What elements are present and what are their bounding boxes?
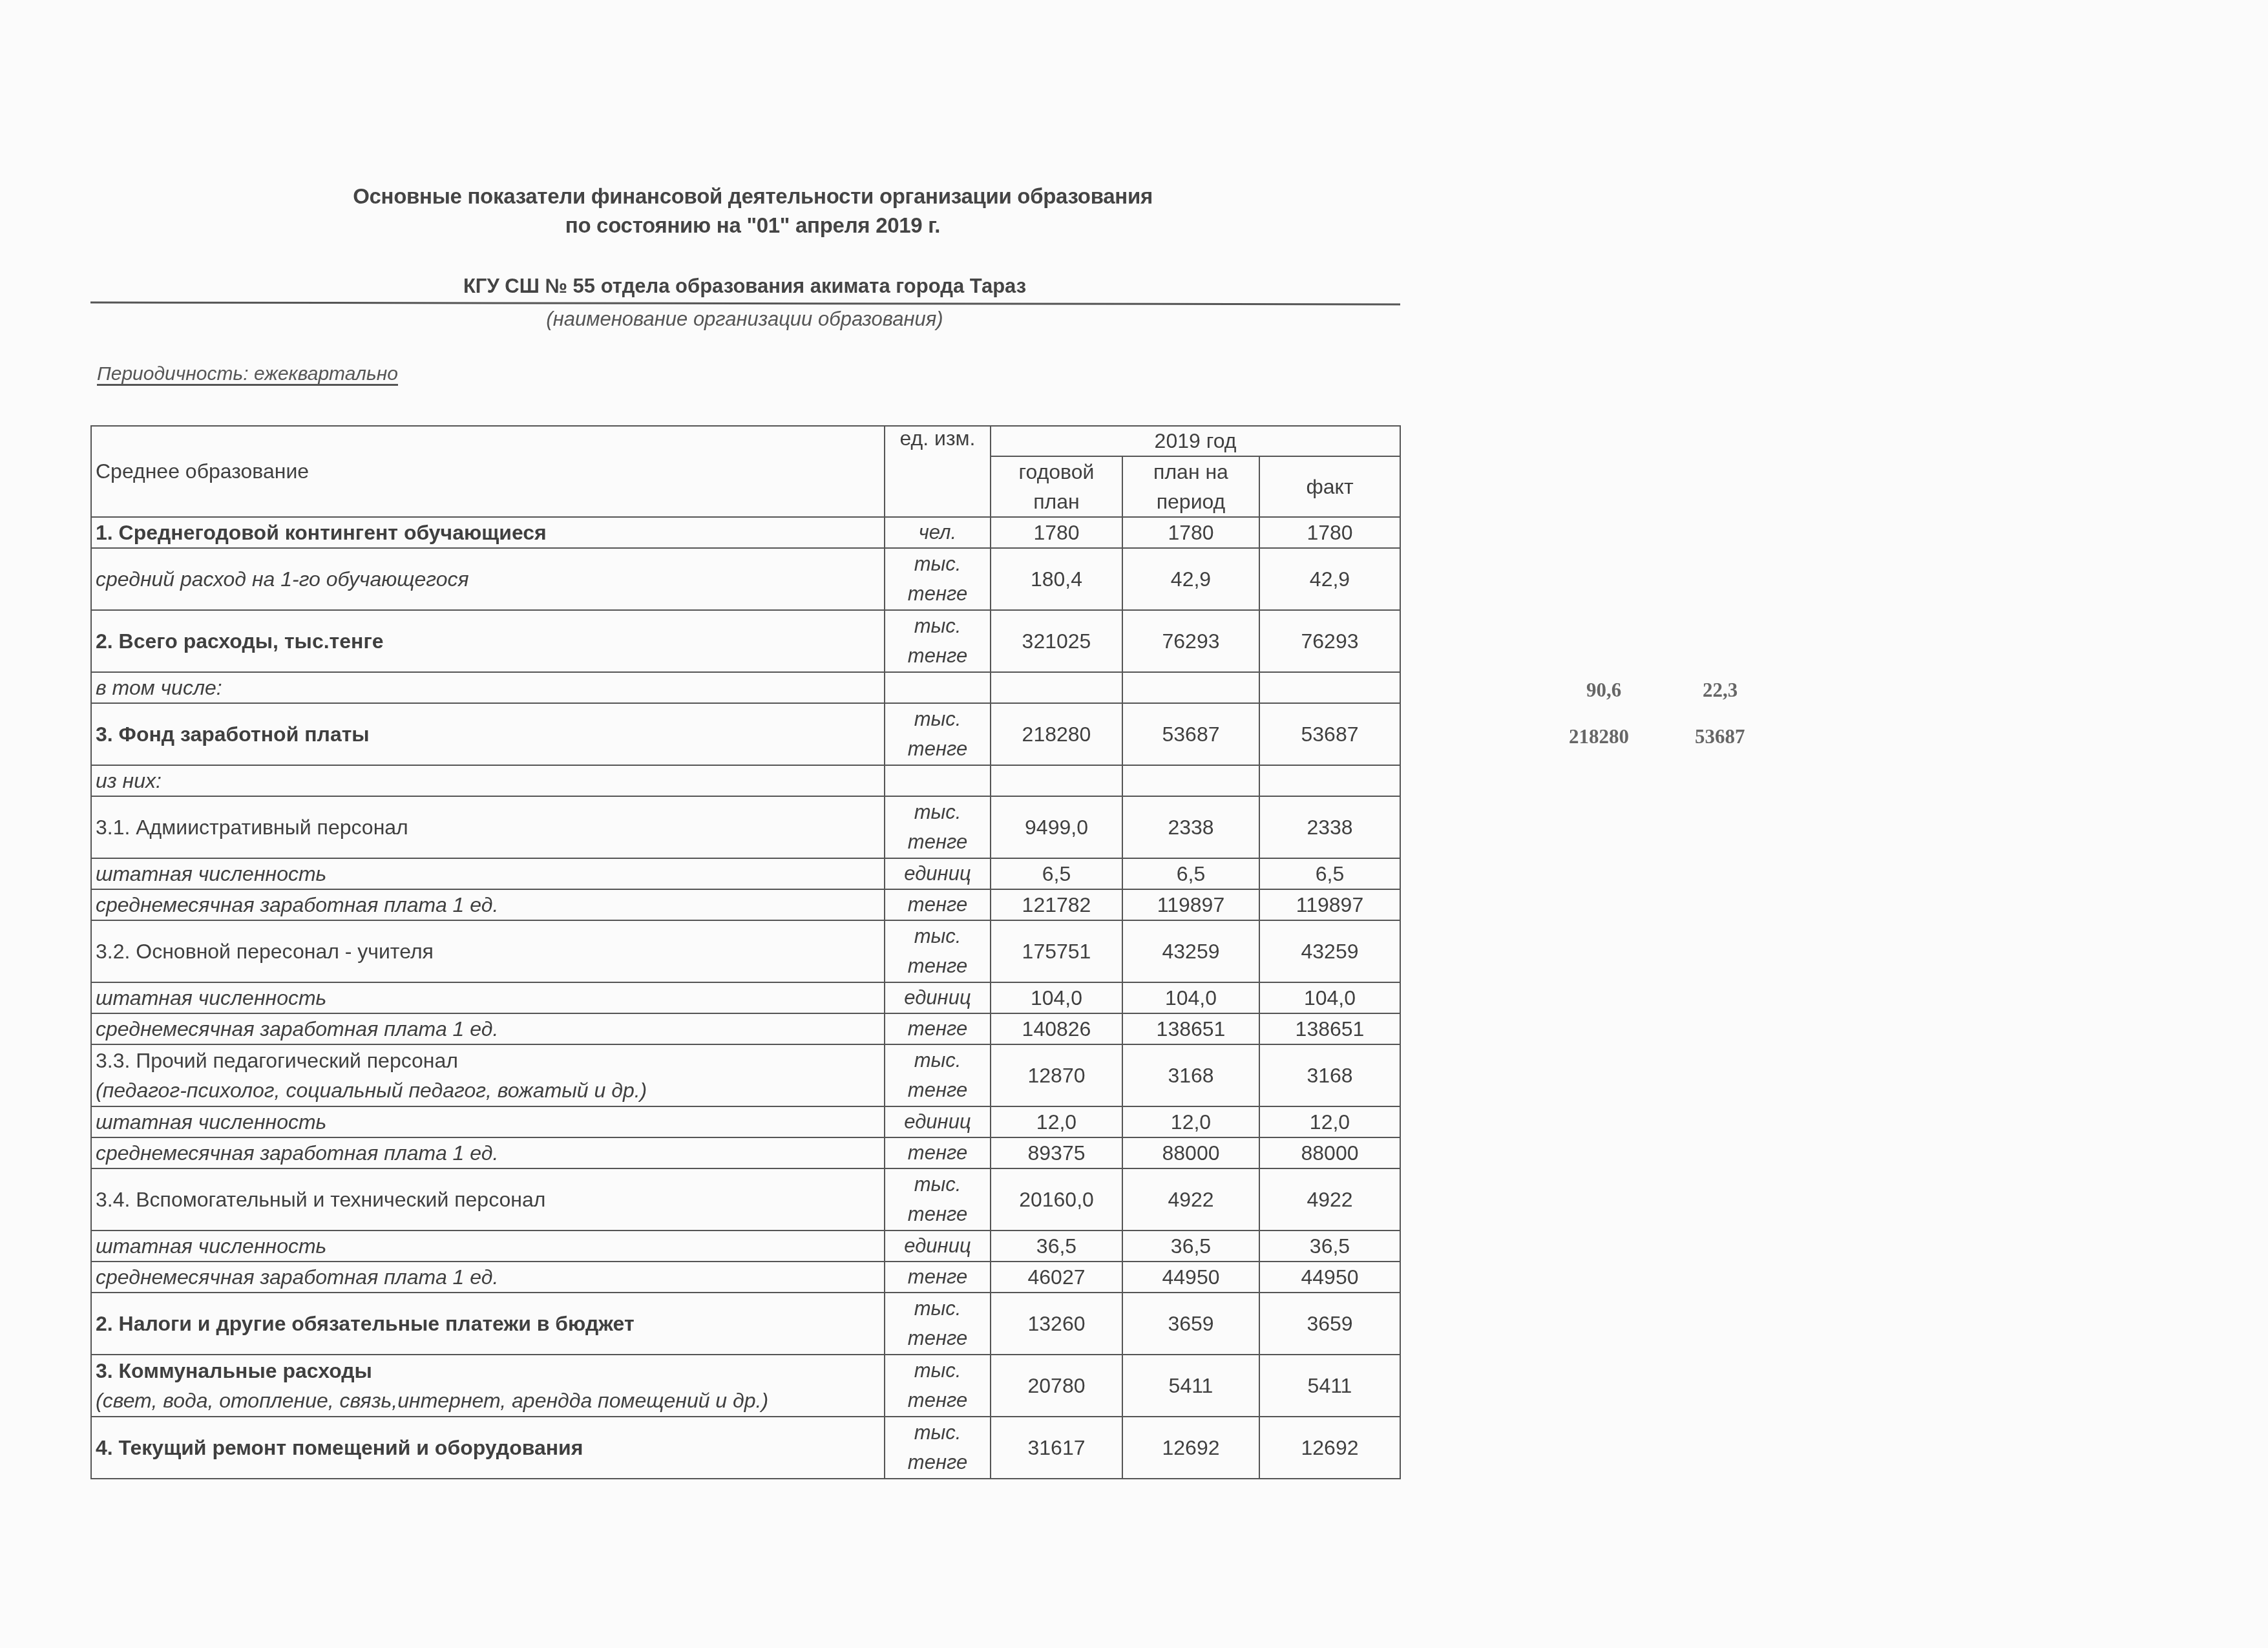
report-date: по состоянию на "01" апреля 2019 г. bbox=[0, 213, 1506, 238]
row-unit: единиц bbox=[885, 982, 991, 1013]
side-note-value: 22,3 bbox=[1703, 679, 1738, 702]
cell-period-plan: 36,5 bbox=[1122, 1231, 1259, 1262]
column-header-fact: факт bbox=[1259, 456, 1400, 517]
row-name-text: средний расход на 1-го обучающегося bbox=[96, 567, 469, 591]
cell-fact: 3659 bbox=[1259, 1293, 1400, 1355]
row-unit: тыс.тенге bbox=[885, 1417, 991, 1479]
row-name-text: среднемесячная заработная плата 1 ед. bbox=[96, 893, 498, 916]
cell-annual-plan: 12870 bbox=[991, 1044, 1122, 1106]
cell-period-plan: 3168 bbox=[1122, 1044, 1259, 1106]
cell-fact: 43259 bbox=[1259, 920, 1400, 982]
row-unit bbox=[885, 672, 991, 703]
row-unit: чел. bbox=[885, 517, 991, 548]
cell-annual-plan: 321025 bbox=[991, 610, 1122, 672]
row-unit: единиц bbox=[885, 1231, 991, 1262]
periodicity-label: Периодичность: ежеквартально bbox=[97, 363, 398, 385]
row-unit: тыс.тенге bbox=[885, 610, 991, 672]
table-row: 4. Текущий ремонт помещений и оборудован… bbox=[91, 1417, 1400, 1479]
side-note-value: 90,6 bbox=[1586, 679, 1621, 702]
cell-annual-plan: 20780 bbox=[991, 1355, 1122, 1417]
cell-fact: 88000 bbox=[1259, 1137, 1400, 1168]
side-note-value: 218280 bbox=[1569, 725, 1629, 748]
row-unit: тыс.тенге bbox=[885, 1293, 991, 1355]
row-name-text: 2. Всего расходы, тыс.тенге bbox=[96, 629, 384, 653]
table-row: 1. Среднегодовой контингент обучающиесяч… bbox=[91, 517, 1400, 548]
row-name: 3. Коммунальные расходы(свет, вода, отоп… bbox=[91, 1355, 885, 1417]
cell-fact bbox=[1259, 672, 1400, 703]
row-name-text: 3.1. Адмиистративный персонал bbox=[96, 816, 408, 839]
cell-fact: 104,0 bbox=[1259, 982, 1400, 1013]
row-name-text: среднемесячная заработная плата 1 ед. bbox=[96, 1141, 498, 1165]
row-name-note: (свет, вода, отопление, связь,интернет, … bbox=[96, 1386, 880, 1415]
cell-fact: 2338 bbox=[1259, 796, 1400, 858]
side-note-value: 53687 bbox=[1695, 725, 1745, 748]
cell-fact: 53687 bbox=[1259, 703, 1400, 765]
table-row: 3.4. Вспомогательный и технический персо… bbox=[91, 1168, 1400, 1231]
row-unit: тыс.тенге bbox=[885, 703, 991, 765]
cell-fact: 44950 bbox=[1259, 1262, 1400, 1293]
row-name: среднемесячная заработная плата 1 ед. bbox=[91, 1262, 885, 1293]
cell-period-plan: 12692 bbox=[1122, 1417, 1259, 1479]
report-title: Основные показатели финансовой деятельно… bbox=[0, 184, 1506, 209]
cell-period-plan: 138651 bbox=[1122, 1013, 1259, 1044]
cell-annual-plan: 31617 bbox=[991, 1417, 1122, 1479]
row-name: 2. Налоги и другие обязательные платежи … bbox=[91, 1293, 885, 1355]
cell-period-plan: 42,9 bbox=[1122, 548, 1259, 610]
table-row: в том числе: bbox=[91, 672, 1400, 703]
row-name-text: в том числе: bbox=[96, 676, 222, 699]
cell-fact: 1780 bbox=[1259, 517, 1400, 548]
row-unit: единиц bbox=[885, 858, 991, 889]
row-name: среднемесячная заработная плата 1 ед. bbox=[91, 889, 885, 920]
organization-name: КГУ СШ № 55 отдела образования акимата г… bbox=[90, 275, 1399, 298]
cell-annual-plan: 12,0 bbox=[991, 1106, 1122, 1137]
cell-period-plan: 12,0 bbox=[1122, 1106, 1259, 1137]
row-name-text: штатная численность bbox=[96, 1234, 326, 1258]
cell-period-plan: 88000 bbox=[1122, 1137, 1259, 1168]
cell-fact: 76293 bbox=[1259, 610, 1400, 672]
cell-fact: 4922 bbox=[1259, 1168, 1400, 1231]
row-name: среднемесячная заработная плата 1 ед. bbox=[91, 1137, 885, 1168]
cell-period-plan bbox=[1122, 672, 1259, 703]
table-body: 1. Среднегодовой контингент обучающиесяч… bbox=[91, 517, 1400, 1479]
row-name: 3.2. Основной пересонал - учителя bbox=[91, 920, 885, 982]
row-unit: тыс.тенге bbox=[885, 548, 991, 610]
row-name-text: из них: bbox=[96, 769, 162, 792]
row-name: 3.1. Адмиистративный персонал bbox=[91, 796, 885, 858]
row-unit: тыс.тенге bbox=[885, 920, 991, 982]
cell-fact: 6,5 bbox=[1259, 858, 1400, 889]
row-name-text: 4. Текущий ремонт помещений и оборудован… bbox=[96, 1436, 583, 1459]
row-name-text: 3. Коммунальные расходы bbox=[96, 1359, 372, 1382]
cell-period-plan: 119897 bbox=[1122, 889, 1259, 920]
table-row: штатная численностьединиц104,0104,0104,0 bbox=[91, 982, 1400, 1013]
row-name: 4. Текущий ремонт помещений и оборудован… bbox=[91, 1417, 885, 1479]
cell-period-plan: 1780 bbox=[1122, 517, 1259, 548]
cell-annual-plan: 89375 bbox=[991, 1137, 1122, 1168]
cell-period-plan: 2338 bbox=[1122, 796, 1259, 858]
row-unit bbox=[885, 765, 991, 796]
table-row: 2. Налоги и другие обязательные платежи … bbox=[91, 1293, 1400, 1355]
row-unit: тенге bbox=[885, 889, 991, 920]
cell-fact bbox=[1259, 765, 1400, 796]
cell-annual-plan: 46027 bbox=[991, 1262, 1122, 1293]
cell-period-plan: 3659 bbox=[1122, 1293, 1259, 1355]
column-header-annual-plan: годовой план bbox=[991, 456, 1122, 517]
cell-annual-plan: 104,0 bbox=[991, 982, 1122, 1013]
cell-period-plan: 44950 bbox=[1122, 1262, 1259, 1293]
cell-fact: 36,5 bbox=[1259, 1231, 1400, 1262]
row-name: штатная численность bbox=[91, 1231, 885, 1262]
cell-fact: 12692 bbox=[1259, 1417, 1400, 1479]
cell-period-plan: 43259 bbox=[1122, 920, 1259, 982]
table-row: 3. Коммунальные расходы(свет, вода, отоп… bbox=[91, 1355, 1400, 1417]
row-name: 1. Среднегодовой контингент обучающиеся bbox=[91, 517, 885, 548]
row-unit: единиц bbox=[885, 1106, 991, 1137]
row-name-text: 3.4. Вспомогательный и технический персо… bbox=[96, 1188, 545, 1211]
column-header-name: Среднее образование bbox=[91, 426, 885, 517]
cell-annual-plan: 1780 bbox=[991, 517, 1122, 548]
cell-annual-plan bbox=[991, 765, 1122, 796]
cell-annual-plan: 20160,0 bbox=[991, 1168, 1122, 1231]
cell-annual-plan: 218280 bbox=[991, 703, 1122, 765]
cell-period-plan: 104,0 bbox=[1122, 982, 1259, 1013]
cell-fact: 5411 bbox=[1259, 1355, 1400, 1417]
table-row: штатная численностьединиц6,56,56,5 bbox=[91, 858, 1400, 889]
row-name-text: среднемесячная заработная плата 1 ед. bbox=[96, 1017, 498, 1041]
row-name: среднемесячная заработная плата 1 ед. bbox=[91, 1013, 885, 1044]
row-name-text: 3.3. Прочий педагогический персонал bbox=[96, 1049, 458, 1072]
table-row: 3.1. Адмиистративный персоналтыс.тенге94… bbox=[91, 796, 1400, 858]
row-name-text: 3. Фонд заработной платы bbox=[96, 723, 370, 746]
organization-underline bbox=[90, 302, 1400, 306]
row-name: в том числе: bbox=[91, 672, 885, 703]
row-name-text: штатная численность bbox=[96, 862, 326, 885]
row-unit: тыс.тенге bbox=[885, 1044, 991, 1106]
table-row: штатная численностьединиц12,012,012,0 bbox=[91, 1106, 1400, 1137]
column-header-period-plan: план на период bbox=[1122, 456, 1259, 517]
table-row: из них: bbox=[91, 765, 1400, 796]
row-name: штатная численность bbox=[91, 858, 885, 889]
row-name-text: 1. Среднегодовой контингент обучающиеся bbox=[96, 521, 547, 544]
cell-period-plan: 76293 bbox=[1122, 610, 1259, 672]
row-unit: тенге bbox=[885, 1262, 991, 1293]
cell-fact: 42,9 bbox=[1259, 548, 1400, 610]
row-name: средний расход на 1-го обучающегося bbox=[91, 548, 885, 610]
cell-annual-plan bbox=[991, 672, 1122, 703]
cell-period-plan: 5411 bbox=[1122, 1355, 1259, 1417]
cell-fact: 119897 bbox=[1259, 889, 1400, 920]
table-row: среднемесячная заработная плата 1 ед.тен… bbox=[91, 1262, 1400, 1293]
column-group-year: 2019 год bbox=[991, 426, 1400, 456]
table-row: средний расход на 1-го обучающегосятыс.т… bbox=[91, 548, 1400, 610]
row-name: 3.4. Вспомогательный и технический персо… bbox=[91, 1168, 885, 1231]
cell-annual-plan: 180,4 bbox=[991, 548, 1122, 610]
cell-annual-plan: 6,5 bbox=[991, 858, 1122, 889]
cell-fact: 138651 bbox=[1259, 1013, 1400, 1044]
table-row: среднемесячная заработная плата 1 ед.тен… bbox=[91, 1013, 1400, 1044]
table-row: штатная численностьединиц36,536,536,5 bbox=[91, 1231, 1400, 1262]
cell-annual-plan: 36,5 bbox=[991, 1231, 1122, 1262]
row-name-text: среднемесячная заработная плата 1 ед. bbox=[96, 1265, 498, 1289]
row-name-text: 2. Налоги и другие обязательные платежи … bbox=[96, 1312, 635, 1335]
table-row: 3. Фонд заработной платытыс.тенге2182805… bbox=[91, 703, 1400, 765]
row-name: 3.3. Прочий педагогический персонал(педа… bbox=[91, 1044, 885, 1106]
cell-fact: 12,0 bbox=[1259, 1106, 1400, 1137]
row-unit: тыс.тенге bbox=[885, 1355, 991, 1417]
row-name: штатная численность bbox=[91, 982, 885, 1013]
row-name-text: 3.2. Основной пересонал - учителя bbox=[96, 940, 434, 963]
table-row: 3.2. Основной пересонал - учителятыс.тен… bbox=[91, 920, 1400, 982]
row-name-note: (педагог-психолог, социальный педагог, в… bbox=[96, 1075, 880, 1105]
row-name: из них: bbox=[91, 765, 885, 796]
row-unit: тенге bbox=[885, 1013, 991, 1044]
cell-annual-plan: 13260 bbox=[991, 1293, 1122, 1355]
row-name-text: штатная численность bbox=[96, 986, 326, 1009]
cell-period-plan: 53687 bbox=[1122, 703, 1259, 765]
cell-fact: 3168 bbox=[1259, 1044, 1400, 1106]
cell-annual-plan: 140826 bbox=[991, 1013, 1122, 1044]
row-unit: тенге bbox=[885, 1137, 991, 1168]
cell-period-plan: 6,5 bbox=[1122, 858, 1259, 889]
table-row: среднемесячная заработная плата 1 ед.тен… bbox=[91, 889, 1400, 920]
column-header-unit: ед. изм. bbox=[885, 426, 991, 517]
table-row: среднемесячная заработная плата 1 ед.тен… bbox=[91, 1137, 1400, 1168]
organization-caption: (наименование организации образования) bbox=[90, 308, 1399, 331]
cell-period-plan: 4922 bbox=[1122, 1168, 1259, 1231]
cell-period-plan bbox=[1122, 765, 1259, 796]
financial-indicators-table: Среднее образование ед. изм. 2019 год го… bbox=[90, 425, 1401, 1479]
row-unit: тыс.тенге bbox=[885, 1168, 991, 1231]
cell-annual-plan: 9499,0 bbox=[991, 796, 1122, 858]
table-row: 3.3. Прочий педагогический персонал(педа… bbox=[91, 1044, 1400, 1106]
row-name-text: штатная численность bbox=[96, 1110, 326, 1134]
cell-annual-plan: 175751 bbox=[991, 920, 1122, 982]
row-name: штатная численность bbox=[91, 1106, 885, 1137]
cell-annual-plan: 121782 bbox=[991, 889, 1122, 920]
table-row: 2. Всего расходы, тыс.тенгетыс.тенге3210… bbox=[91, 610, 1400, 672]
row-name: 3. Фонд заработной платы bbox=[91, 703, 885, 765]
row-unit: тыс.тенге bbox=[885, 796, 991, 858]
row-name: 2. Всего расходы, тыс.тенге bbox=[91, 610, 885, 672]
